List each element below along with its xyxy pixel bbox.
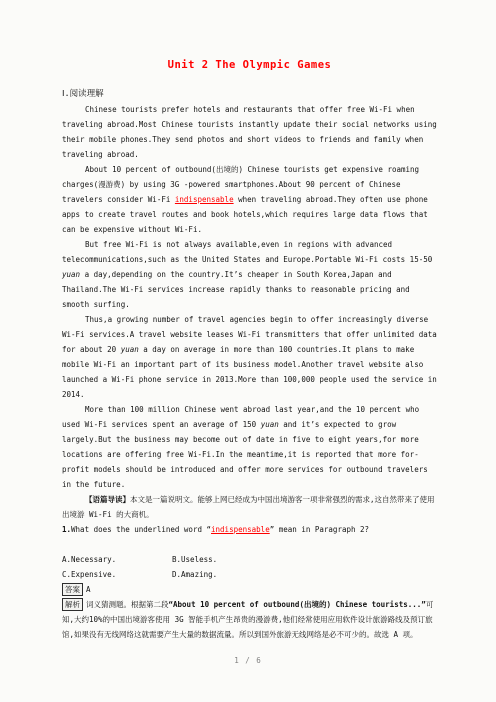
option-d: D.Amazing. [172, 567, 437, 582]
text-segment: But free Wi-Fi is not always available,e… [62, 240, 432, 264]
analysis-label-box: 解析 [62, 598, 83, 611]
text-segment: yuan [62, 270, 80, 279]
passage-paragraph-4: Thus,a growing number of travel agencies… [62, 312, 437, 402]
quoted-evidence: “About 10 percent of outbound(出境的) Chine… [169, 600, 426, 609]
options-grid: A.Necessary. B.Useless. C.Expensive. D.A… [62, 552, 437, 582]
question-1: 1.What does the underlined word “indispe… [62, 522, 437, 537]
analysis-paragraph: 解析词义猜测题。根据第二段“About 10 percent of outbou… [62, 597, 437, 642]
option-b: B.Useless. [172, 552, 437, 567]
answer-label-box: 答案 [62, 583, 83, 596]
option-c: C.Expensive. [62, 567, 172, 582]
page-content: Unit 2 The Olympic Games Ⅰ.阅读理解 Chinese … [0, 0, 496, 642]
answer-line: 答案A [62, 582, 437, 597]
underlined-keyword: indispensable [211, 525, 270, 534]
document-page: Unit 2 The Olympic Games Ⅰ.阅读理解 Chinese … [0, 0, 496, 702]
text-segment: 词义猜测题。根据第二段 [86, 600, 169, 609]
passage-paragraph-1: Chinese tourists prefer hotels and resta… [62, 102, 437, 162]
text-segment: a day,depending on the country.It’s chea… [62, 270, 410, 309]
guide-label: 【语篇导读】 [85, 495, 130, 504]
page-title: Unit 2 The Olympic Games [62, 58, 437, 72]
guide-note: 【语篇导读】本文是一篇说明文。能够上网已经成为中国出境游客一项非常强烈的需求,这… [62, 492, 437, 522]
passage-paragraph-2: About 10 percent of outbound(出境的) Chines… [62, 162, 437, 237]
question-number: 1. [62, 525, 71, 534]
option-a: A.Necessary. [62, 552, 172, 567]
passage-paragraph-3: But free Wi-Fi is not always available,e… [62, 237, 437, 312]
page-number-indicator: 1 / 6 [0, 656, 496, 665]
text-segment: Chinese tourists prefer hotels and resta… [62, 105, 437, 159]
text-segment: What does the underlined word “ [71, 525, 211, 534]
text-segment: and it’s expected to grow largely.But th… [62, 420, 428, 489]
underlined-keyword: indispensable [175, 195, 234, 204]
text-segment: yuan [261, 420, 279, 429]
text-segment: ” mean in Paragraph 2? [270, 525, 369, 534]
section-heading: Ⅰ.阅读理解 [62, 87, 437, 102]
passage-paragraph-5: More than 100 million Chinese went abroa… [62, 402, 437, 492]
text-segment: yuan [121, 345, 139, 354]
answer-value: A [86, 585, 91, 594]
